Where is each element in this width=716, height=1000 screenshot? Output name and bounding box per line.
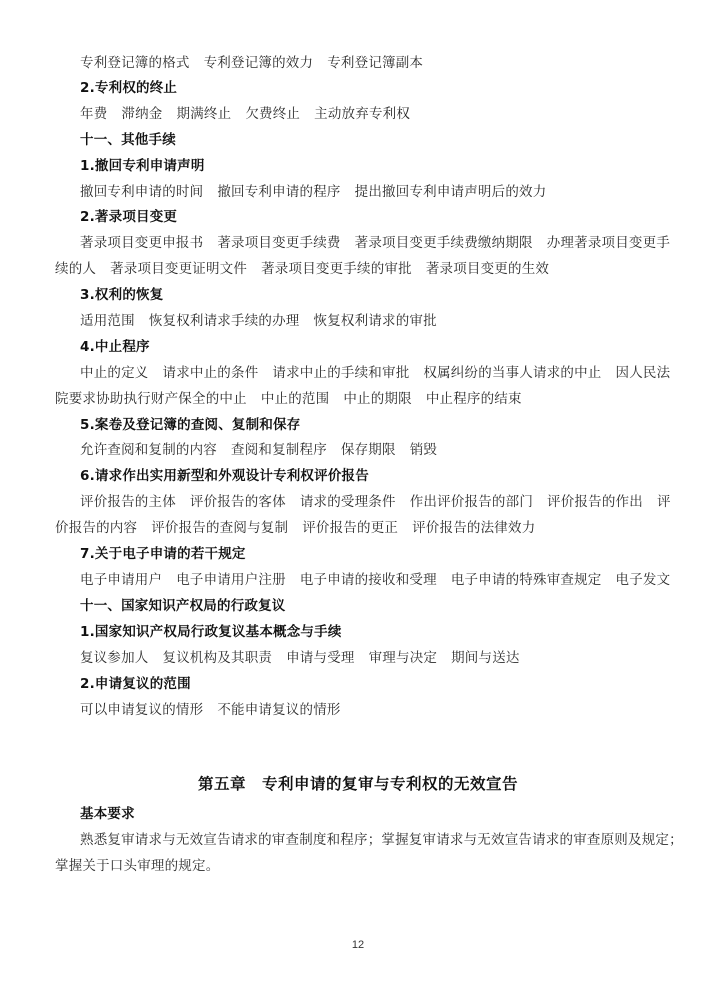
- topic-item: 恢复权利请求手续的办理: [149, 313, 300, 329]
- topic-item: 恢复权利请求的审批: [314, 313, 437, 329]
- topic-item: 中止的定义: [80, 365, 149, 381]
- topic-item: 中止的期限: [343, 391, 412, 407]
- topic-item: 院要求协助执行财产保全的中止: [55, 391, 247, 407]
- section-heading: 7.关于电子申请的若干规定: [80, 545, 246, 563]
- topic-item: 著录项目变更手续费: [217, 235, 340, 251]
- topic-list: 适用范围恢复权利请求手续的办理恢复权利请求的审批: [80, 312, 451, 330]
- topic-item: 不能申请复议的情形: [217, 702, 340, 718]
- topic-list: 著录项目变更申报书著录项目变更手续费著录项目变更手续费缴纳期限办理著录项目变更手: [80, 234, 684, 252]
- section-heading: 十一、国家知识产权局的行政复议: [80, 597, 286, 615]
- section-heading: 4.中止程序: [80, 338, 150, 356]
- page-number: 12: [0, 939, 716, 951]
- topic-list: 价报告的内容评价报告的查阅与复制评价报告的更正评价报告的法律效力: [55, 519, 549, 537]
- topic-list: 续的人著录项目变更证明文件著录项目变更手续的审批著录项目变更的生效: [55, 260, 563, 278]
- topic-item: 评价报告的更正: [302, 520, 398, 536]
- topic-item: 著录项目变更手续的审批: [261, 261, 412, 277]
- topic-item: 主动放弃专利权: [314, 106, 410, 122]
- topic-item: 专利登记簿副本: [327, 55, 423, 71]
- topic-item: 复议机构及其职责: [163, 650, 273, 666]
- topic-item: 期间与送达: [451, 650, 520, 666]
- topic-item: 请求的受理条件: [300, 494, 396, 510]
- topic-item: 欠费终止: [245, 106, 300, 122]
- topic-item: 中止的范围: [261, 391, 330, 407]
- chapter-title: 第五章 专利申请的复审与专利权的无效宣告: [0, 772, 716, 794]
- topic-item: 复议参加人: [80, 650, 149, 666]
- topic-item: 可以申请复议的情形: [80, 702, 203, 718]
- topic-item: 撤回专利申请的程序: [217, 184, 340, 200]
- topic-item: 审理与决定: [369, 650, 438, 666]
- topic-item: 评价报告的查阅与复制: [151, 520, 288, 536]
- section-heading: 2.申请复议的范围: [80, 675, 191, 693]
- topic-item: 期满终止: [177, 106, 232, 122]
- topic-item: 保存期限: [341, 442, 396, 458]
- document-page: 专利登记簿的格式专利登记簿的效力专利登记簿副本2.专利权的终止年费滞纳金期满终止…: [0, 0, 716, 1000]
- section-heading: 3.权利的恢复: [80, 286, 163, 304]
- topic-item: 著录项目变更的生效: [426, 261, 549, 277]
- topic-list: 电子申请用户电子申请用户注册电子申请的接收和受理电子申请的特殊审查规定电子发文: [80, 571, 684, 589]
- topic-item: 因人民法: [616, 365, 671, 381]
- topic-item: 评价报告的作出: [547, 494, 643, 510]
- topic-item: 电子申请用户: [80, 572, 162, 588]
- topic-item: 允许查阅和复制的内容: [80, 442, 217, 458]
- requirements-heading: 基本要求: [80, 805, 135, 823]
- topic-list: 院要求协助执行财产保全的中止中止的范围中止的期限中止程序的结束: [55, 390, 536, 408]
- topic-item: 请求中止的手续和审批: [272, 365, 409, 381]
- topic-item: 专利登记簿的效力: [204, 55, 314, 71]
- section-heading: 1.撤回专利申请声明: [80, 157, 205, 175]
- topic-item: 著录项目变更证明文件: [110, 261, 247, 277]
- topic-item: 年费: [80, 106, 107, 122]
- topic-item: 评价报告的法律效力: [412, 520, 535, 536]
- topic-item: 提出撤回专利申请声明后的效力: [355, 184, 547, 200]
- topic-list: 评价报告的主体评价报告的客体请求的受理条件作出评价报告的部门评价报告的作出评: [80, 493, 685, 511]
- topic-item: 权属纠纷的当事人请求的中止: [423, 365, 601, 381]
- topic-item: 适用范围: [80, 313, 135, 329]
- topic-list: 允许查阅和复制的内容查阅和复制程序保存期限销毁: [80, 441, 451, 459]
- topic-list: 中止的定义请求中止的条件请求中止的手续和审批权属纠纷的当事人请求的中止因人民法: [80, 364, 684, 382]
- section-heading: 6.请求作出实用新型和外观设计专利权评价报告: [80, 467, 369, 485]
- section-heading: 十一、其他手续: [80, 131, 176, 149]
- topic-list: 可以申请复议的情形不能申请复议的情形: [80, 701, 355, 719]
- topic-item: 请求中止的条件: [163, 365, 259, 381]
- section-heading: 2.专利权的终止: [80, 79, 177, 97]
- topic-item: 销毁: [410, 442, 437, 458]
- topic-item: 办理著录项目变更手: [547, 235, 670, 251]
- topic-item: 查阅和复制程序: [231, 442, 327, 458]
- topic-item: 评价报告的主体: [80, 494, 176, 510]
- topic-item: 电子发文: [616, 572, 671, 588]
- topic-list: 复议参加人复议机构及其职责申请与受理审理与决定期间与送达: [80, 649, 534, 667]
- topic-item: 撤回专利申请的时间: [80, 184, 203, 200]
- topic-list: 年费滞纳金期满终止欠费终止主动放弃专利权: [80, 105, 424, 123]
- topic-item: 电子申请的接收和受理: [300, 572, 437, 588]
- topic-item: 专利登记簿的格式: [80, 55, 190, 71]
- topic-item: 滞纳金: [121, 106, 162, 122]
- topic-item: 作出评价报告的部门: [410, 494, 533, 510]
- section-heading: 1.国家知识产权局行政复议基本概念与手续: [80, 623, 342, 641]
- section-heading: 5.案卷及登记簿的查阅、复制和保存: [80, 416, 300, 434]
- topic-item: 著录项目变更手续费缴纳期限: [355, 235, 533, 251]
- topic-item: 电子申请用户注册: [176, 572, 286, 588]
- topic-list: 撤回专利申请的时间撤回专利申请的程序提出撤回专利申请声明后的效力: [80, 183, 560, 201]
- requirements-text-continued: 掌握关于口头审理的规定。: [55, 857, 219, 875]
- topic-item: 著录项目变更申报书: [80, 235, 203, 251]
- topic-item: 电子申请的特殊审查规定: [451, 572, 602, 588]
- topic-item: 评价报告的客体: [190, 494, 286, 510]
- topic-item: 评: [657, 494, 671, 510]
- requirements-text: 熟悉复审请求与无效宣告请求的审查制度和程序；掌握复审请求与无效宣告请求的审查原则…: [80, 831, 683, 849]
- topic-item: 续的人: [55, 261, 96, 277]
- topic-item: 申请与受理: [286, 650, 355, 666]
- topic-item: 价报告的内容: [55, 520, 137, 536]
- topic-list: 专利登记簿的格式专利登记簿的效力专利登记簿副本: [80, 54, 437, 72]
- section-heading: 2.著录项目变更: [80, 208, 177, 226]
- topic-item: 中止程序的结束: [426, 391, 522, 407]
